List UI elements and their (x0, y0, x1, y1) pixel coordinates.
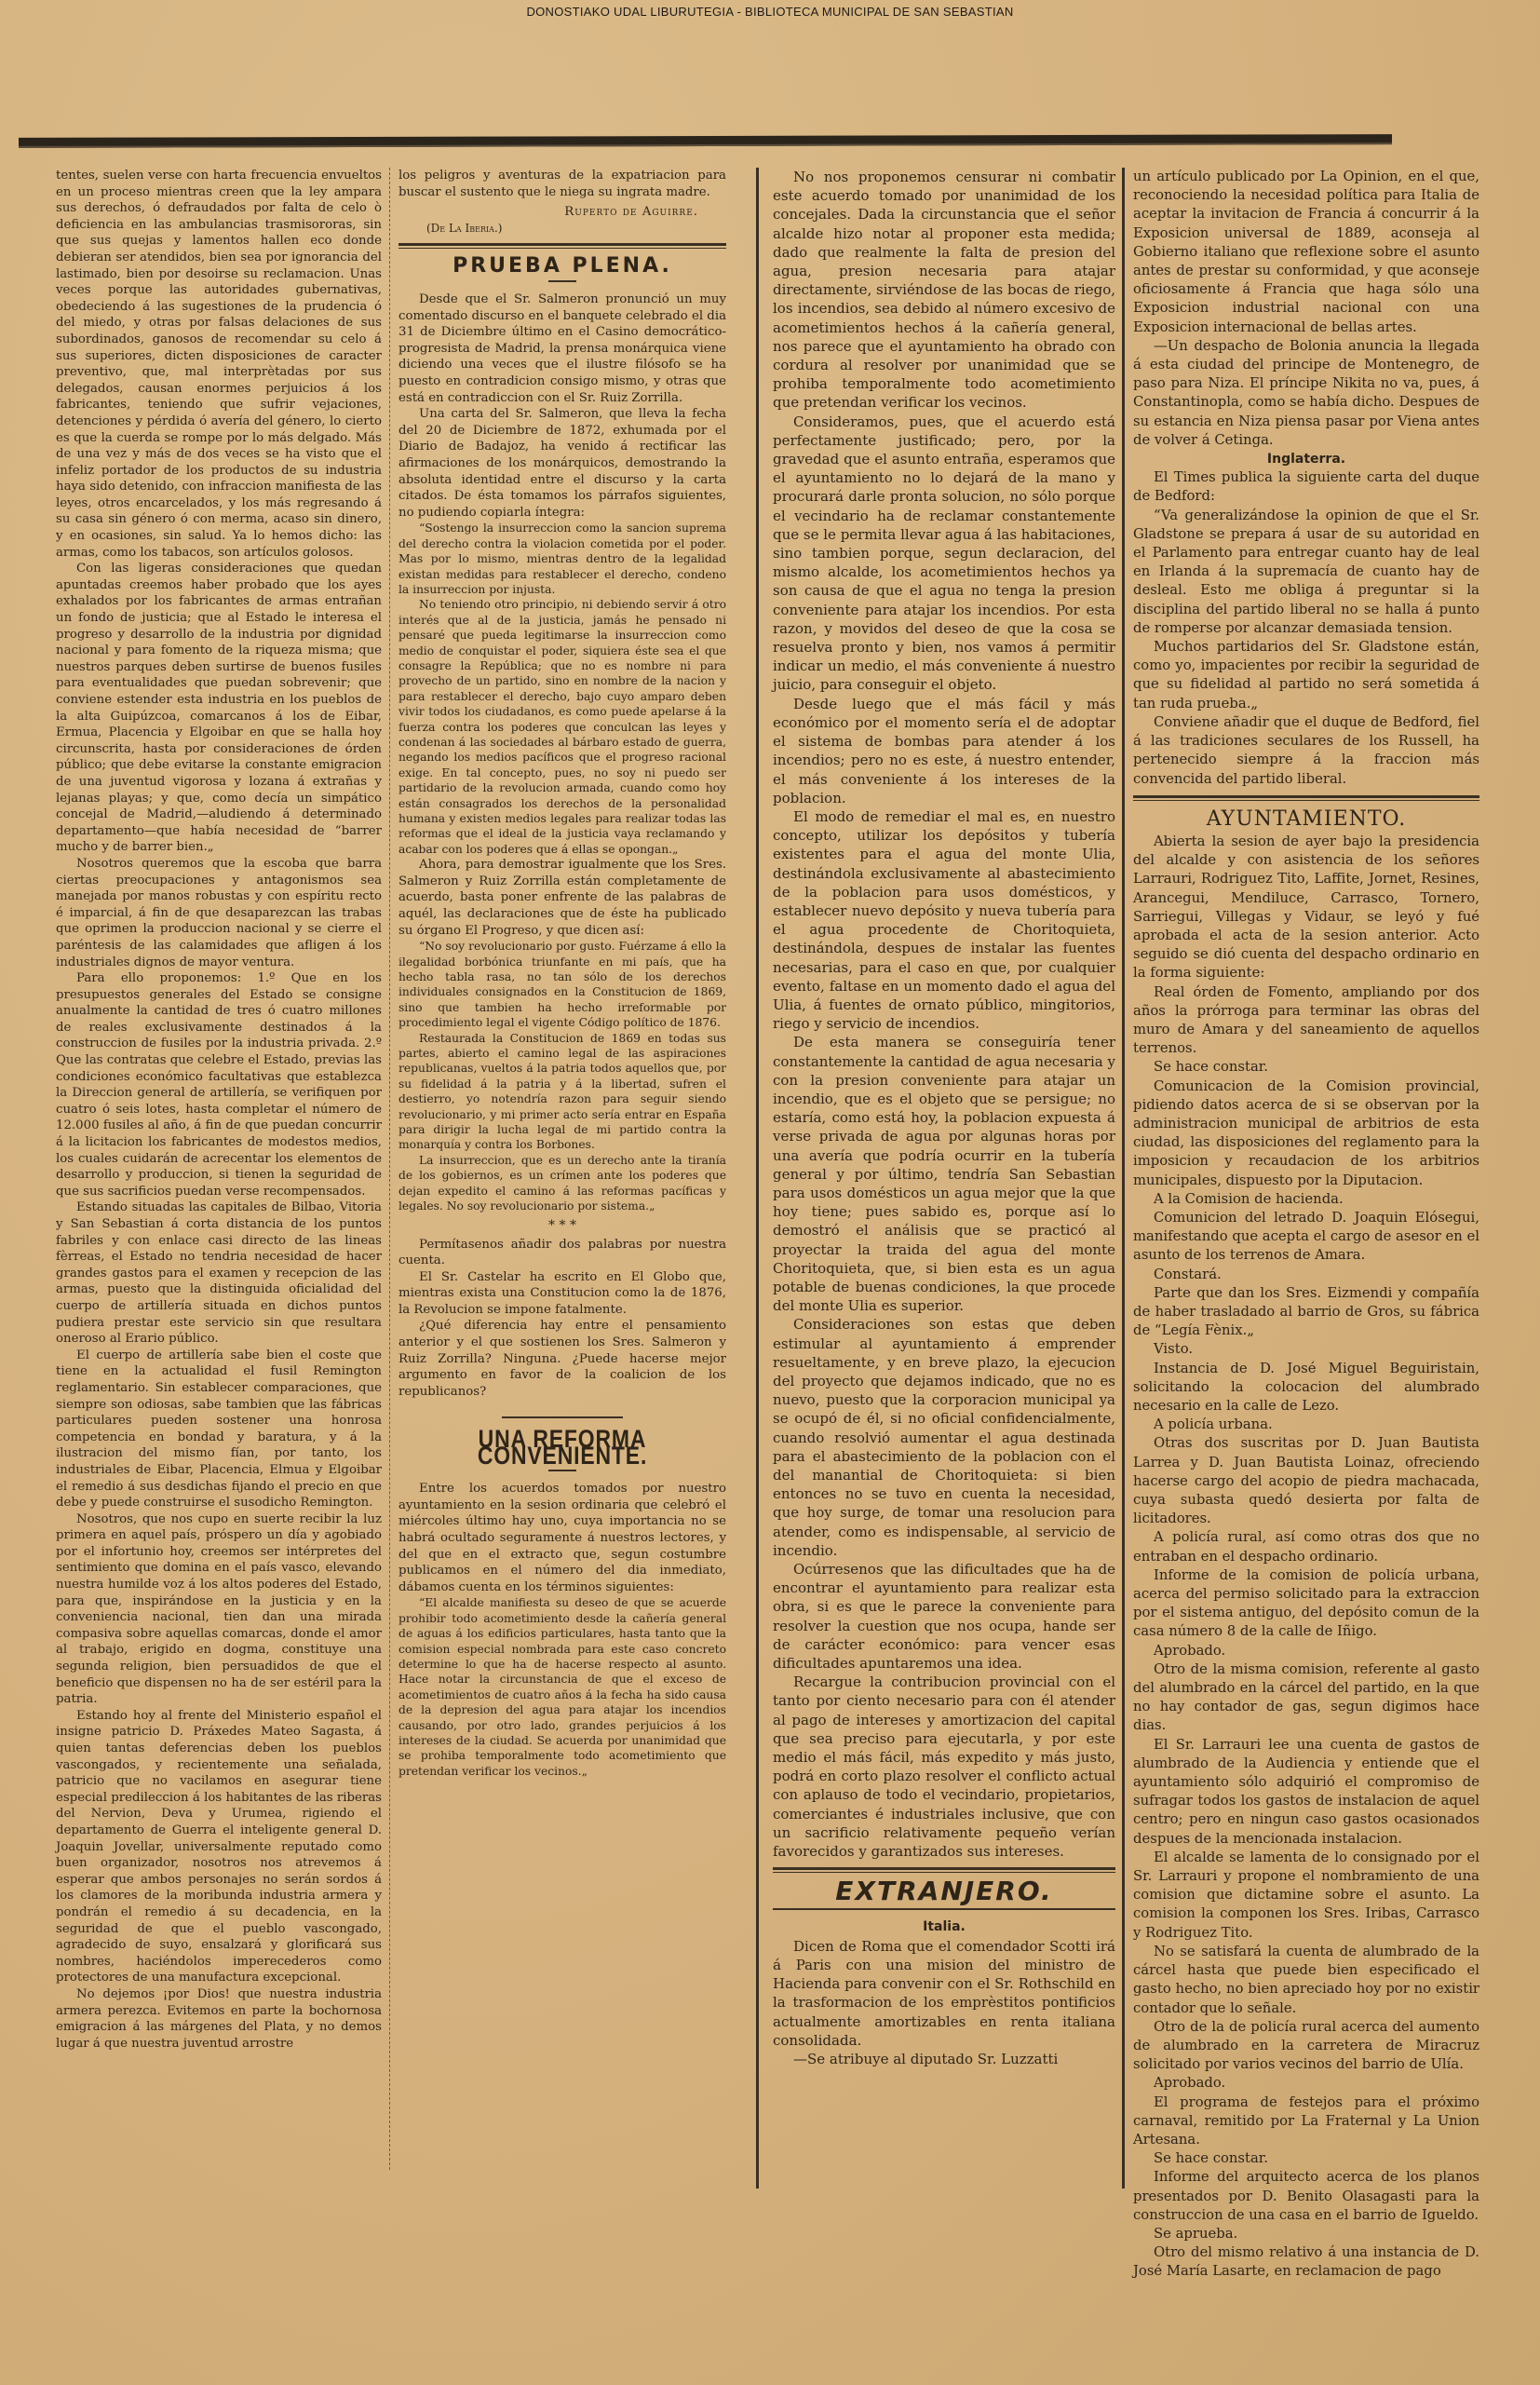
paragraph: Recargue la contribucion provincial con … (773, 1673, 1115, 1861)
quote-paragraph: No teniendo otro principio, ni debiendo … (399, 597, 726, 857)
paragraph: Muchos partidarios del Sr. Gladstone est… (1133, 638, 1479, 713)
paragraph: A la Comision de hacienda. (1133, 1190, 1479, 1209)
paragraph: No se satisfará la cuenta de alumbrado d… (1133, 1943, 1479, 2018)
paragraph: Ahora, para demostrar igualmente que los… (399, 857, 726, 939)
paragraph: El modo de remediar el mal es, en nuestr… (773, 807, 1115, 1033)
paragraph: Comunicion del letrado D. Joaquin Elóseg… (1133, 1209, 1479, 1266)
paragraph: Informe del arquitecto acerca de los pla… (1133, 2168, 1479, 2225)
column-4: un artículo publicado por La Opinion, en… (1133, 168, 1479, 2282)
paragraph: Consideramos, pues, que el acuerdo está … (773, 413, 1115, 695)
paragraph: un artículo publicado por La Opinion, en… (1133, 168, 1479, 337)
paragraph: Otro del mismo relativo á una instancia … (1133, 2243, 1479, 2281)
paragraph: Permítasenos añadir dos palabras por nue… (399, 1237, 726, 1269)
title-dash (548, 1470, 576, 1471)
paragraph: Constará. (1133, 1266, 1479, 1284)
quote-paragraph: “Sostengo la insurreccion como la sancio… (399, 521, 726, 597)
quote-paragraph: “No soy revolucionario por gusto. Fuérza… (399, 939, 726, 1030)
asterism-ornament: * * * (399, 1220, 726, 1231)
paragraph: No dejemos ¡por Dios! que nuestra indust… (56, 1986, 382, 2052)
paragraph: Aprobado. (1133, 1642, 1479, 1660)
paragraph: Desde que el Sr. Salmeron pronunció un m… (399, 291, 726, 406)
paragraph: Otras dos suscritas por D. Juan Bautista… (1133, 1434, 1479, 1528)
paragraph: Para ello proponemos: 1.º Que en los pre… (56, 970, 382, 1199)
paragraph: Visto. (1133, 1340, 1479, 1359)
paragraph: Se aprueba. (1133, 2225, 1479, 2243)
section-title-ayuntamiento: AYUNTAMIENTO. (1133, 810, 1479, 829)
paragraph: Estando hoy al frente del Ministerio esp… (56, 1708, 382, 1986)
paragraph: Otro de la misma comision, referente al … (1133, 1660, 1479, 1736)
paragraph: Dicen de Roma que el comendador Scotti i… (773, 1937, 1115, 2050)
paragraph: Informe de la comision de policía urbana… (1133, 1566, 1479, 1642)
paragraph: Conviene añadir que el duque de Bedford,… (1133, 713, 1479, 789)
paragraph: Se hace constar. (1133, 1058, 1479, 1077)
paragraph: El Sr. Larrauri lee una cuenta de gastos… (1133, 1736, 1479, 1849)
paragraph: Nosotros, que nos cupo en suerte recibir… (56, 1511, 382, 1708)
paragraph: El cuerpo de artillería sabe bien el cos… (56, 1348, 382, 1511)
quote-paragraph: Restaurada la Constitucion de 1869 en to… (399, 1031, 726, 1153)
paragraph: Ocúrresenos que las dificultades que ha … (773, 1560, 1115, 1673)
article-title-prueba-plena: PRUEBA PLENA. (399, 258, 726, 275)
column-1: tentes, suelen verse con harta frecuenci… (56, 168, 382, 2052)
paragraph: Se hace constar. (1133, 2149, 1479, 2168)
section-rule (773, 1867, 1115, 1873)
masthead-rule (19, 134, 1392, 148)
paragraph: Otro de la de policía rural acerca del a… (1133, 2018, 1479, 2075)
author-signature: Ruperto de Aguirre. (399, 204, 726, 221)
paragraph: A policía rural, así como otras dos que … (1133, 1528, 1479, 1565)
article-title-reforma: UNA REFORMA CONVENIENTE. (423, 1431, 701, 1464)
paragraph: A policía urbana. (1133, 1416, 1479, 1434)
column-divider (756, 168, 760, 2189)
section-title-extranjero: EXTRANJERO. (773, 1882, 1115, 1901)
section-rule (1133, 795, 1479, 801)
column-3: No nos proponemos censurar ni combatir e… (773, 168, 1115, 2068)
subhead-italia: Italia. (773, 1917, 1115, 1936)
column-divider (389, 168, 391, 2170)
paragraph: El alcalde se lamenta de lo consignado p… (1133, 1849, 1479, 1943)
paragraph: Real órden de Fomento, ampliando por dos… (1133, 983, 1479, 1059)
section-ornament (399, 1407, 726, 1424)
paragraph: No nos proponemos censurar ni combatir e… (773, 168, 1115, 413)
newspaper-page: tentes, suelen verse con harta frecuenci… (56, 168, 1494, 2356)
paragraph: Con las ligeras consideraciones que qued… (56, 561, 382, 856)
paragraph: De esta manera se conseguiría tener cons… (773, 1033, 1115, 1315)
paragraph: —Un despacho de Bolonia anuncia la llega… (1133, 337, 1479, 450)
paragraph: Parte que dan los Sres. Eizmendi y compa… (1133, 1284, 1479, 1341)
paragraph: —Se atribuye al diputado Sr. Luzzatti (773, 2050, 1115, 2068)
paragraph: El Times publica la siguiente carta del … (1133, 468, 1479, 506)
paragraph: Comunicacion de la Comision provincial, … (1133, 1077, 1479, 1190)
paragraph: Una carta del Sr. Salmeron, que lleva la… (399, 406, 726, 521)
paragraph: Entre los acuerdos tomados por nuestro a… (399, 1481, 726, 1595)
paragraph: El programa de festejos para el próximo … (1133, 2094, 1479, 2150)
title-dash (548, 280, 576, 282)
paragraph: Estando situadas las capitales de Bilbao… (56, 1199, 382, 1347)
paragraph: los peligros y aventuras de la expatriac… (399, 168, 726, 200)
paragraph: Aprobado. (1133, 2074, 1479, 2093)
quote-paragraph: La insurreccion, que es un derecho ante … (399, 1153, 726, 1214)
paragraph: Abierta la sesion de ayer bajo la presid… (1133, 833, 1479, 983)
library-watermark: DONOSTIAKO UDAL LIBURUTEGIA - BIBLIOTECA… (0, 5, 1540, 19)
paragraph: Nosotros queremos que la escoba que barr… (56, 856, 382, 970)
paragraph: ¿Qué diferencia hay entre el pensamiento… (399, 1318, 726, 1400)
paragraph: “Va generalizándose la opinion de que el… (1133, 507, 1479, 638)
column-divider (1122, 168, 1126, 2189)
section-rule (399, 243, 726, 249)
paragraph: Consideraciones son estas que deben esti… (773, 1315, 1115, 1560)
quote-paragraph: “El alcalde manifiesta su deseo de que s… (399, 1595, 726, 1779)
paragraph: tentes, suelen verse con harta frecuenci… (56, 168, 382, 561)
section-rule (773, 1908, 1115, 1910)
source-credit: (De La Iberia.) (399, 221, 726, 237)
paragraph: Desde luego que el más fácil y más econó… (773, 695, 1115, 807)
subhead-inglaterra: Inglaterra. (1133, 450, 1479, 468)
column-2: los peligros y aventuras de la expatriac… (399, 168, 726, 1779)
paragraph: Instancia de D. José Miguel Beguiristain… (1133, 1360, 1479, 1416)
paragraph: El Sr. Castelar ha escrito en El Globo q… (399, 1269, 726, 1319)
